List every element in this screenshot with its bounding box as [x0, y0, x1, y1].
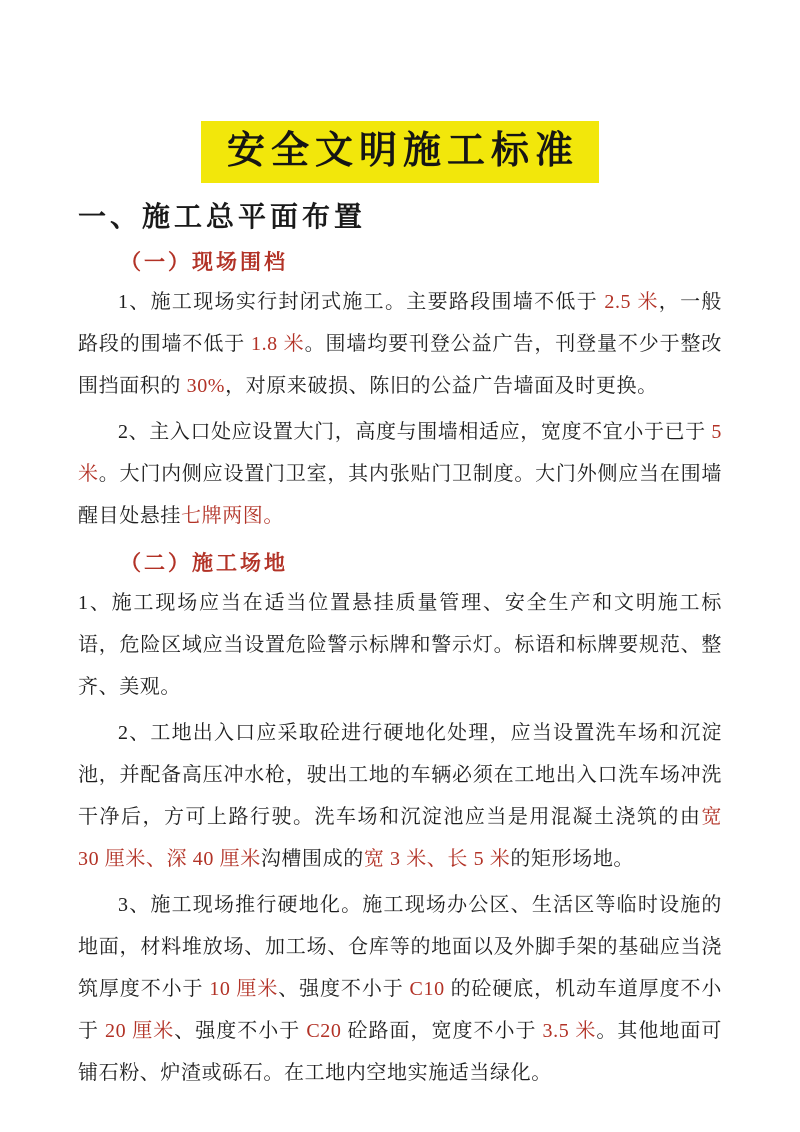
text-segment: 30% — [187, 375, 225, 397]
text-segment: 3.5 米 — [543, 1020, 597, 1042]
subsection-heading: （二）施工场地 — [120, 548, 722, 578]
text-segment: 10 厘米 — [209, 978, 278, 1000]
text-segment: 20 厘米 — [105, 1020, 174, 1042]
text-segment: ，对原来破损、陈旧的公益广告墙面及时更换。 — [225, 375, 658, 397]
text-segment: 的矩形场地。 — [510, 848, 634, 870]
paragraph: 1、施工现场应当在适当位置悬挂质量管理、安全生产和文明施工标语，危险区域应当设置… — [78, 582, 722, 708]
text-segment: 1、施工现场应当在适当位置悬挂质量管理、安全生产和文明施工标语，危险区域应当设置… — [78, 592, 722, 698]
section-heading: 一、施工总平面布置 — [78, 200, 722, 236]
text-segment: 、强度不小于 — [278, 978, 409, 1000]
text-segment: 沟槽围成的 — [261, 848, 364, 870]
text-segment: 1、施工现场实行封闭式施工。主要路段围墙不低于 — [118, 291, 604, 313]
text-segment: C20 — [306, 1020, 341, 1042]
text-segment: C10 — [410, 978, 445, 1000]
text-segment: 宽 3 米、长 5 米 — [364, 848, 511, 870]
paragraph: 2、主入口处应设置大门，高度与围墙相适应，宽度不宜小于已于 5 米。大门内侧应设… — [78, 411, 722, 537]
title-container: 安全文明施工标准 — [78, 121, 722, 183]
text-segment: 、强度不小于 — [174, 1020, 306, 1042]
subsection-heading: （一）现场围档 — [120, 247, 722, 277]
document-page: 安全文明施工标准 一、施工总平面布置 （一）现场围档1、施工现场实行封闭式施工。… — [0, 0, 800, 1132]
text-segment: 。大门内侧应设置门卫室，其内张贴门卫制度。大门外侧应当在围墙醒目处悬挂 — [78, 463, 722, 527]
text-segment: 砼路面，宽度不小于 — [341, 1020, 542, 1042]
text-segment: 七牌两图。 — [181, 505, 284, 527]
text-segment: 2、工地出入口应采取砼进行硬地化处理，应当设置洗车场和沉淀池，并配备高压冲水枪，… — [78, 722, 722, 828]
text-segment: 1.8 米 — [251, 333, 305, 355]
sections-container: （一）现场围档1、施工现场实行封闭式施工。主要路段围墙不低于 2.5 米，一般路… — [78, 247, 722, 1094]
paragraph: 1、施工现场实行封闭式施工。主要路段围墙不低于 2.5 米，一般路段的围墙不低于… — [78, 281, 722, 407]
text-segment: 2.5 米 — [604, 291, 658, 313]
paragraph: 3、施工现场推行硬地化。施工现场办公区、生活区等临时设施的地面，材料堆放场、加工… — [78, 884, 722, 1094]
text-segment: 2、主入口处应设置大门，高度与围墙相适应，宽度不宜小于已于 — [118, 421, 711, 443]
paragraph: 2、工地出入口应采取砼进行硬地化处理，应当设置洗车场和沉淀池，并配备高压冲水枪，… — [78, 712, 722, 880]
document-title: 安全文明施工标准 — [201, 121, 599, 183]
